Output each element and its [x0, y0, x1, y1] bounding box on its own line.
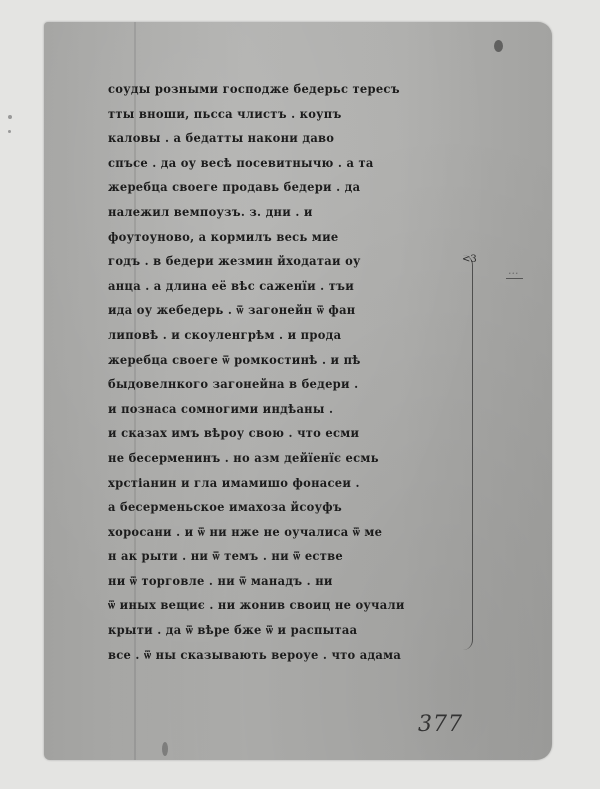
text-line: все . ѿ ны сказывають вероуе . что адама [108, 643, 439, 668]
text-line: быдовелнкого загонейна в бедери . [108, 372, 439, 397]
text-line: жеребца своеге продавь бедери . да [108, 175, 439, 200]
manuscript-page: соуды розными господже бедерьс тересъ тт… [44, 22, 552, 760]
text-line: годъ . в бедери жезмин йходатаи оу [108, 249, 439, 274]
ink-stain [494, 40, 503, 52]
text-line: соуды розными господже бедерьс тересъ [108, 77, 439, 102]
margin-note: ... [506, 264, 523, 279]
text-line: ѿ иных вещиє . ни жонив своиц не оучали [108, 593, 439, 618]
text-line: спъсе . да оу весѣ посевитнычю . а та [108, 151, 439, 176]
scan-speck [8, 115, 12, 119]
text-line: хрстіанин и гла имамишо фонасеи . [108, 471, 439, 496]
text-line: анца . а длина её вѣс саженїи . тъи [108, 274, 439, 299]
text-line: не бесерменинъ . но азм дейїенїє есмь [108, 446, 439, 471]
text-line: ида оу жебедерь . ѿ загонейн ѿ фан [108, 298, 439, 323]
text-line: и познаса сомногими индѣаны . [108, 397, 439, 422]
text-line: крыти . да ѿ вѣре бже ѿ и распытаа [108, 618, 439, 643]
text-line: належил вемпоузъ. з. дни . и [108, 200, 439, 225]
scan-speck [8, 130, 11, 133]
text-line: липовѣ . и скоуленгрѣм . и прода [108, 323, 439, 348]
margin-mark: <3 [462, 254, 477, 265]
ink-stain [162, 742, 168, 756]
text-line: каловы . а бедатты накони даво [108, 126, 439, 151]
text-line: тты вноши, пьсса члистъ . коупъ [108, 102, 439, 127]
text-line: жеребца своеге ѿ ромкостинѣ . и пѣ [108, 348, 439, 373]
text-line: н ак рыти . ни ѿ темъ . ни ѿ естве [108, 544, 439, 569]
margin-bracket [458, 255, 473, 650]
text-line: ни ѿ торговле . ни ѿ манадъ . ни [108, 569, 439, 594]
text-line: хоросани . и ѿ ни нже не оучалиса ѿ ме [108, 520, 439, 545]
manuscript-text: соуды розными господже бедерьс тересъ тт… [108, 77, 468, 667]
text-line: фоутоуново, а кормилъ весь мие [108, 225, 439, 250]
text-line: и сказах имъ вѣроу свою . что есми [108, 421, 439, 446]
folio-number: 377 [418, 712, 463, 737]
text-line: а бесерменьское имахоза йсоуфъ [108, 495, 439, 520]
